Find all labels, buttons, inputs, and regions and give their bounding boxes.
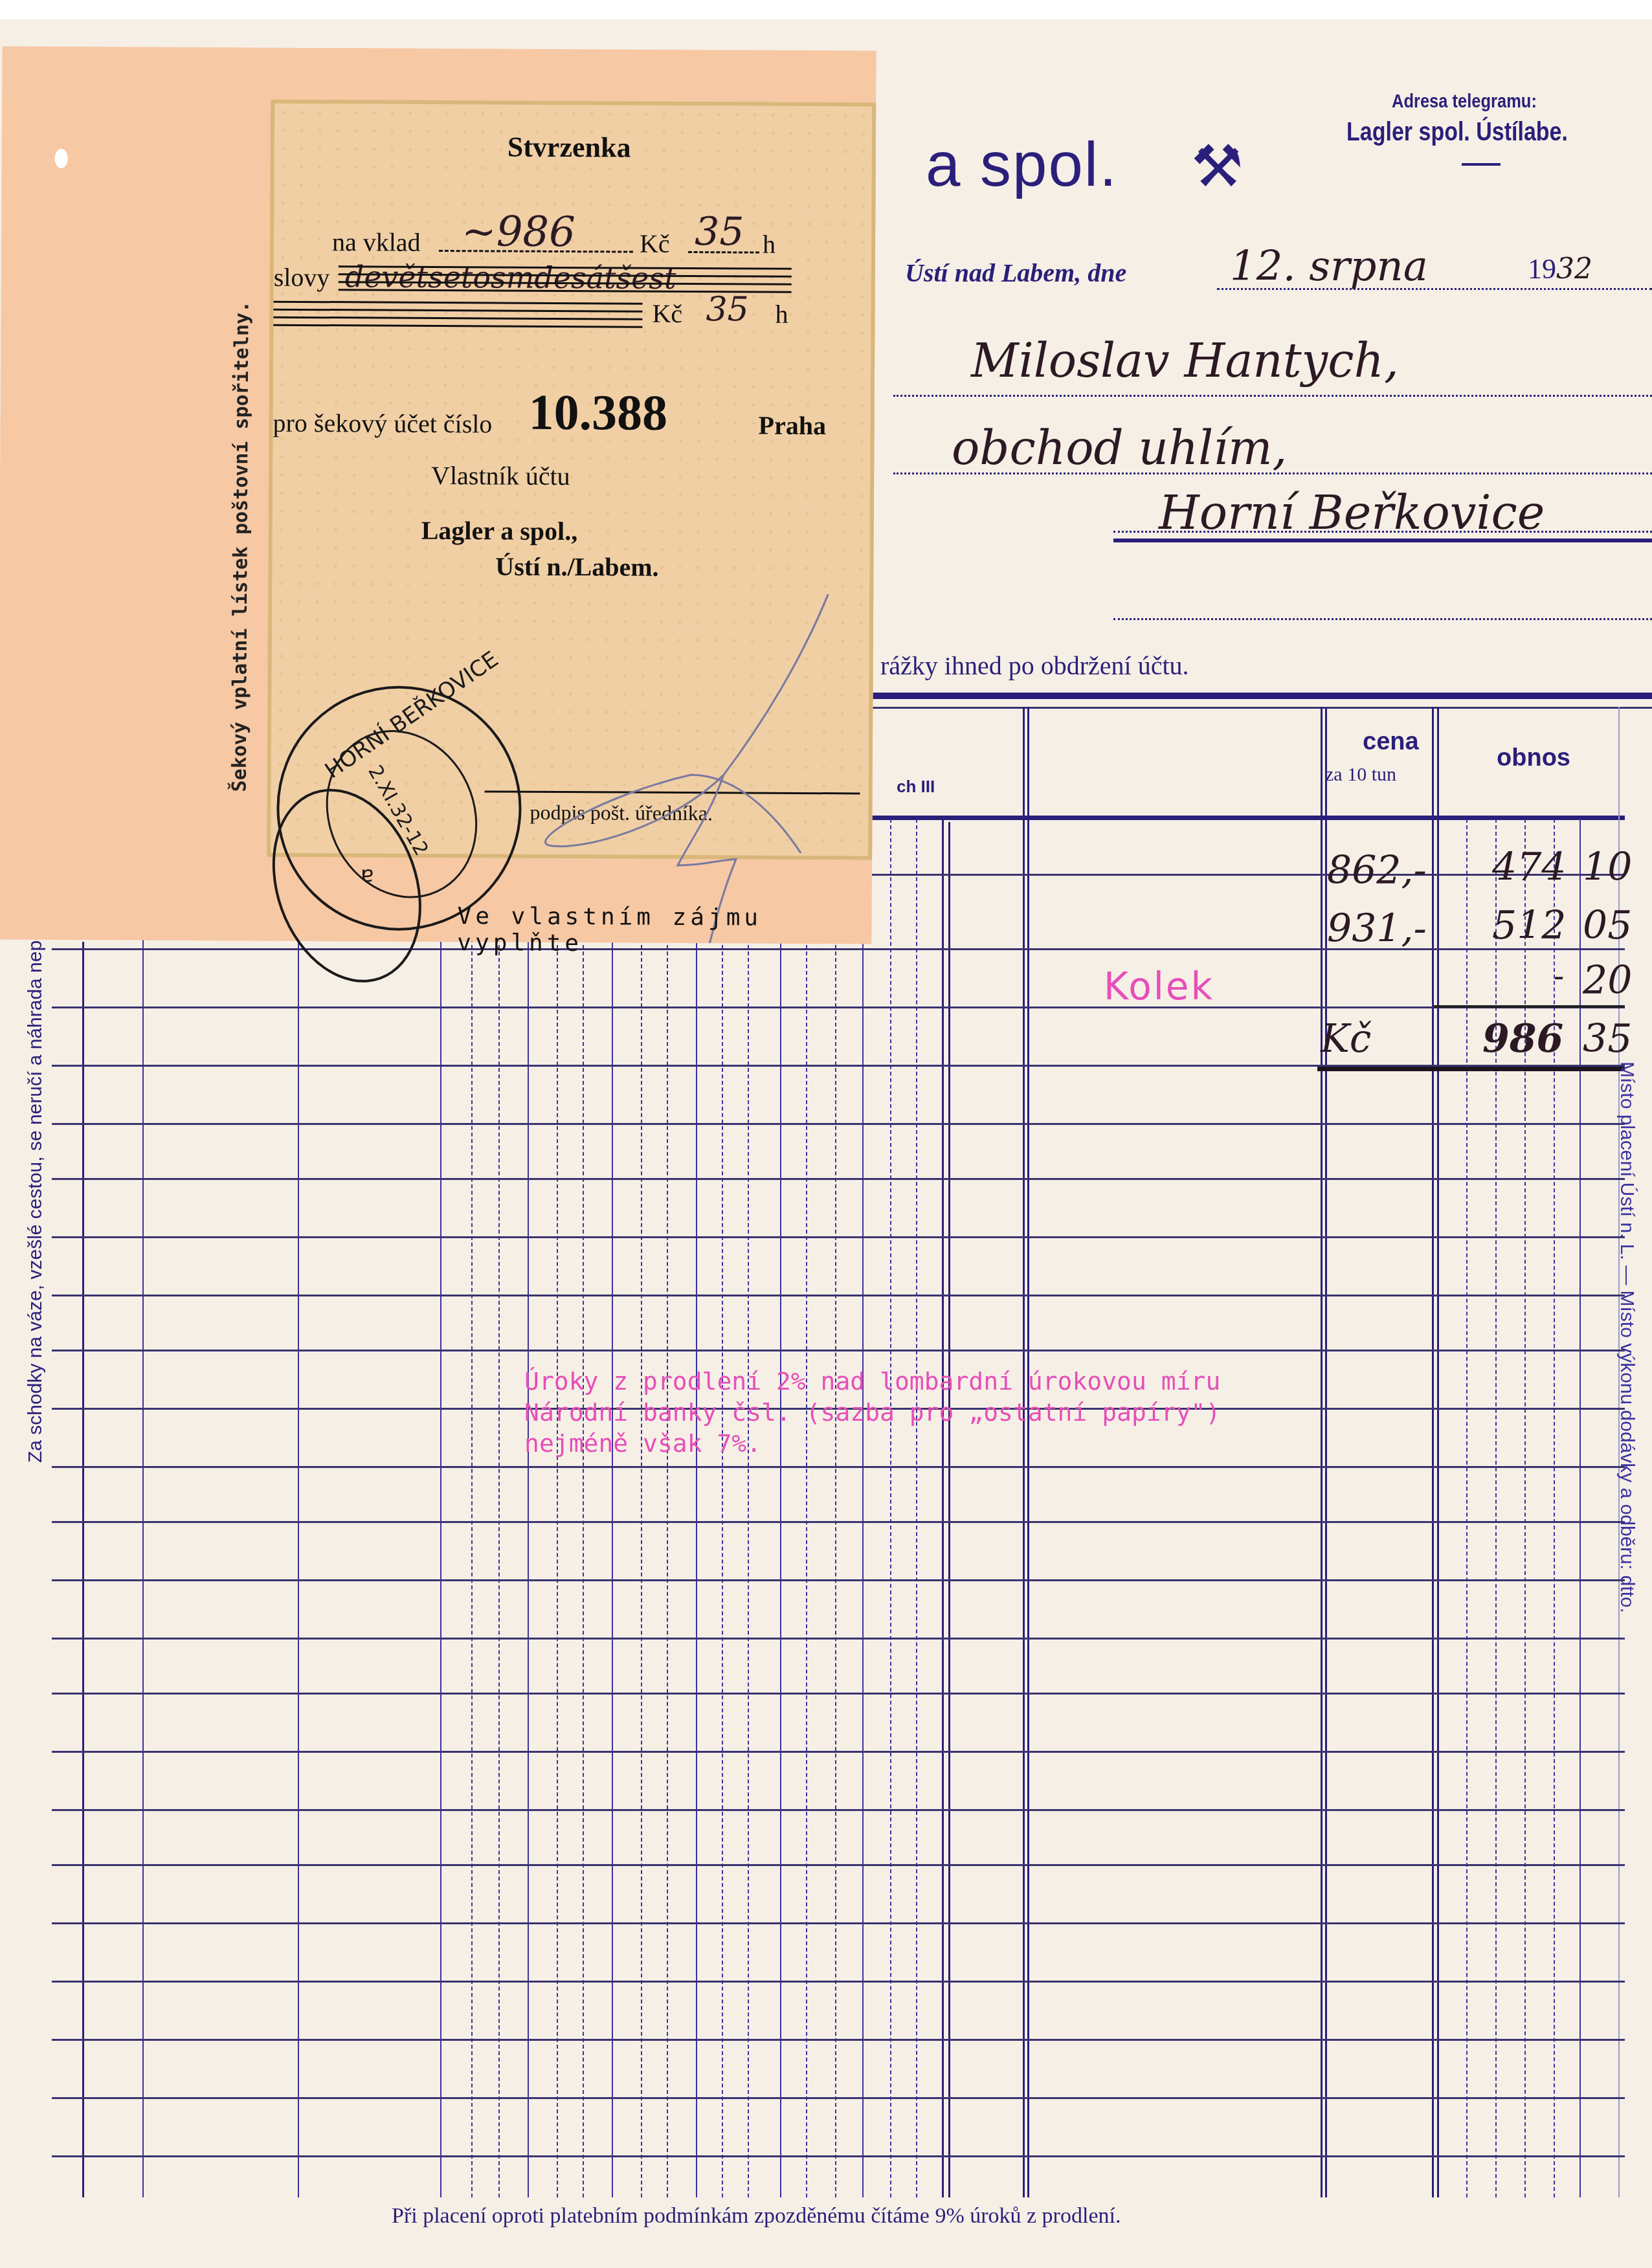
row-rule [52,1521,1625,1523]
crossed-hammers-icon: ⚒ [1191,133,1244,201]
row-2-amount-kc: 512 [1492,903,1567,948]
owner-label: Vlastník účtu [431,460,570,491]
total-double-rule [1317,1067,1625,1071]
header-amount: obnos [1497,744,1570,772]
column-rule-dashed [471,939,473,2197]
year-printed: 1932 [1528,252,1592,285]
receipt-bottom-note: Ve vlastním zájmu vyplňte [457,903,871,958]
side-note-right: Místo placení Ústí n. L. — Místo výkonu … [1616,1062,1638,1613]
row-rule [52,1981,1625,1983]
row-rule [52,1922,1625,1924]
row-rule [52,2097,1625,2099]
strike-line [274,301,643,305]
column-rule [1579,819,1581,2197]
account-label: pro šekový účet číslo [273,408,492,439]
strike-line [273,309,642,313]
row-2-amount-h: 05 [1583,903,1632,948]
row-rule [52,1693,1625,1695]
side-note-left: Za schodky na váze, vzešlé cestou, se ne… [25,863,47,1463]
address-underline [1113,539,1652,542]
subtotal-rule [1434,1005,1625,1008]
currency-kc: Kč [640,228,670,259]
column-rule-dashed [641,939,642,2197]
column-rule-amount [1432,707,1434,2197]
recipient-name: Miloslav Hantych, [971,333,1399,388]
column-rule [82,942,84,2197]
total-currency: Kč [1321,1016,1371,1062]
column-rule-amount [1437,707,1439,2197]
column-rule-dashed [916,819,917,2197]
postmark-letter: a [361,863,374,889]
row-rule [52,1123,1625,1125]
words-label: slovy [274,262,330,293]
strike-line [273,324,642,328]
pencil-mark [528,580,854,944]
column-rule [942,819,944,2197]
column-rule-dashed [498,939,500,2197]
row-rule [52,2155,1625,2157]
row-3-amount-h: 20 [1583,958,1632,1003]
row-3-amount-kc: - [1554,958,1564,994]
receipt-side-label: Šekový vplatní lístek poštovní spořiteln… [229,301,254,792]
address-line-4 [1113,618,1652,620]
company-name: a spol. [926,129,1118,201]
words-currency-h: h [775,299,788,329]
row-rule [52,1350,1625,1351]
punch-hole [55,149,68,168]
date-handwritten: 12. srpna [1230,243,1428,291]
strike-line [273,317,642,320]
row-rule [52,1579,1625,1581]
header-price: cena [1363,728,1419,756]
recipient-business: obchod uhlím, [952,421,1287,475]
interest-stamp-note: Úroky z prodlení 2% nad lombardní úrokov… [524,1366,1301,1459]
row-rule [52,1006,1625,1008]
column-rule-dashed [806,939,807,2197]
row-1-price: 862,- [1327,848,1427,893]
row-rule [52,1751,1625,1753]
deposit-h: 35 [695,209,744,254]
column-rule-dashed [748,939,749,2197]
column-rule [142,939,144,2197]
row-2-price: 931,- [1327,906,1427,951]
postal-receipt-slip: Stvrzenka na vklad ~986 Kč 35 h slovy de… [0,46,876,944]
address-line-2 [893,472,1652,474]
column-rule-price [1321,707,1323,2197]
divider [1462,163,1501,166]
telegram-address: Lagler spol. Ústílabe. [1346,118,1568,147]
row-rule [52,1236,1625,1238]
place-label: Ústí nad Labem, dne [905,258,1126,288]
column-rule [528,939,529,2197]
address-line-3 [1113,531,1652,533]
row-rule [52,1178,1625,1180]
account-number: 10.388 [528,383,667,442]
row-rule [52,1864,1625,1866]
column-rule-dashed [557,939,558,2197]
currency-h: h [763,229,776,260]
deposit-label: na vklad [332,227,421,258]
payment-terms: rážky ihned po obdržení účtu. [880,650,1189,681]
column-rule [948,822,950,2197]
receipt-title: Stvrzenka [508,131,631,164]
owner-city: Ústí n./Labem. [495,551,658,582]
header-partial: ch III [897,777,935,797]
column-rule-dashed [667,939,668,2197]
row-rule [52,1466,1625,1468]
total-amount-kc: 986 [1482,1016,1563,1062]
total-amount-h: 35 [1583,1016,1632,1062]
column-rule [298,939,299,2197]
telegram-label: Adresa telegramu: [1392,91,1537,113]
header-price-sub: za 10 tun [1325,764,1396,786]
owner-name: Lagler a spol., [421,515,578,546]
row-1-amount-h: 10 [1583,845,1632,890]
column-rule-dashed [1466,819,1468,2197]
deposit-kc: ~986 [462,208,575,256]
column-rule [612,939,613,2197]
row-rule [52,1295,1625,1296]
row-1-amount-kc: 474 [1492,845,1567,890]
row-rule [52,2039,1625,2041]
column-rule-dashed [890,819,891,2197]
column-rule [440,939,441,2197]
kolek-stamp: Kolek [1104,964,1214,1008]
row-rule [52,1809,1625,1811]
address-line-1 [893,395,1652,397]
column-rule-dashed [835,939,836,2197]
column-rule-dashed [722,939,723,2197]
column-rule [696,939,697,2197]
words-currency-kc: Kč [652,298,682,329]
column-rule [862,819,864,2197]
words-h: 35 [706,290,748,329]
column-rule-dashed [583,939,584,2197]
column-rule [780,939,781,2197]
row-rule [52,1638,1625,1640]
account-city: Praha [758,410,826,441]
footer-note: Při placení oproti platebním podmínkám z… [392,2204,1121,2229]
